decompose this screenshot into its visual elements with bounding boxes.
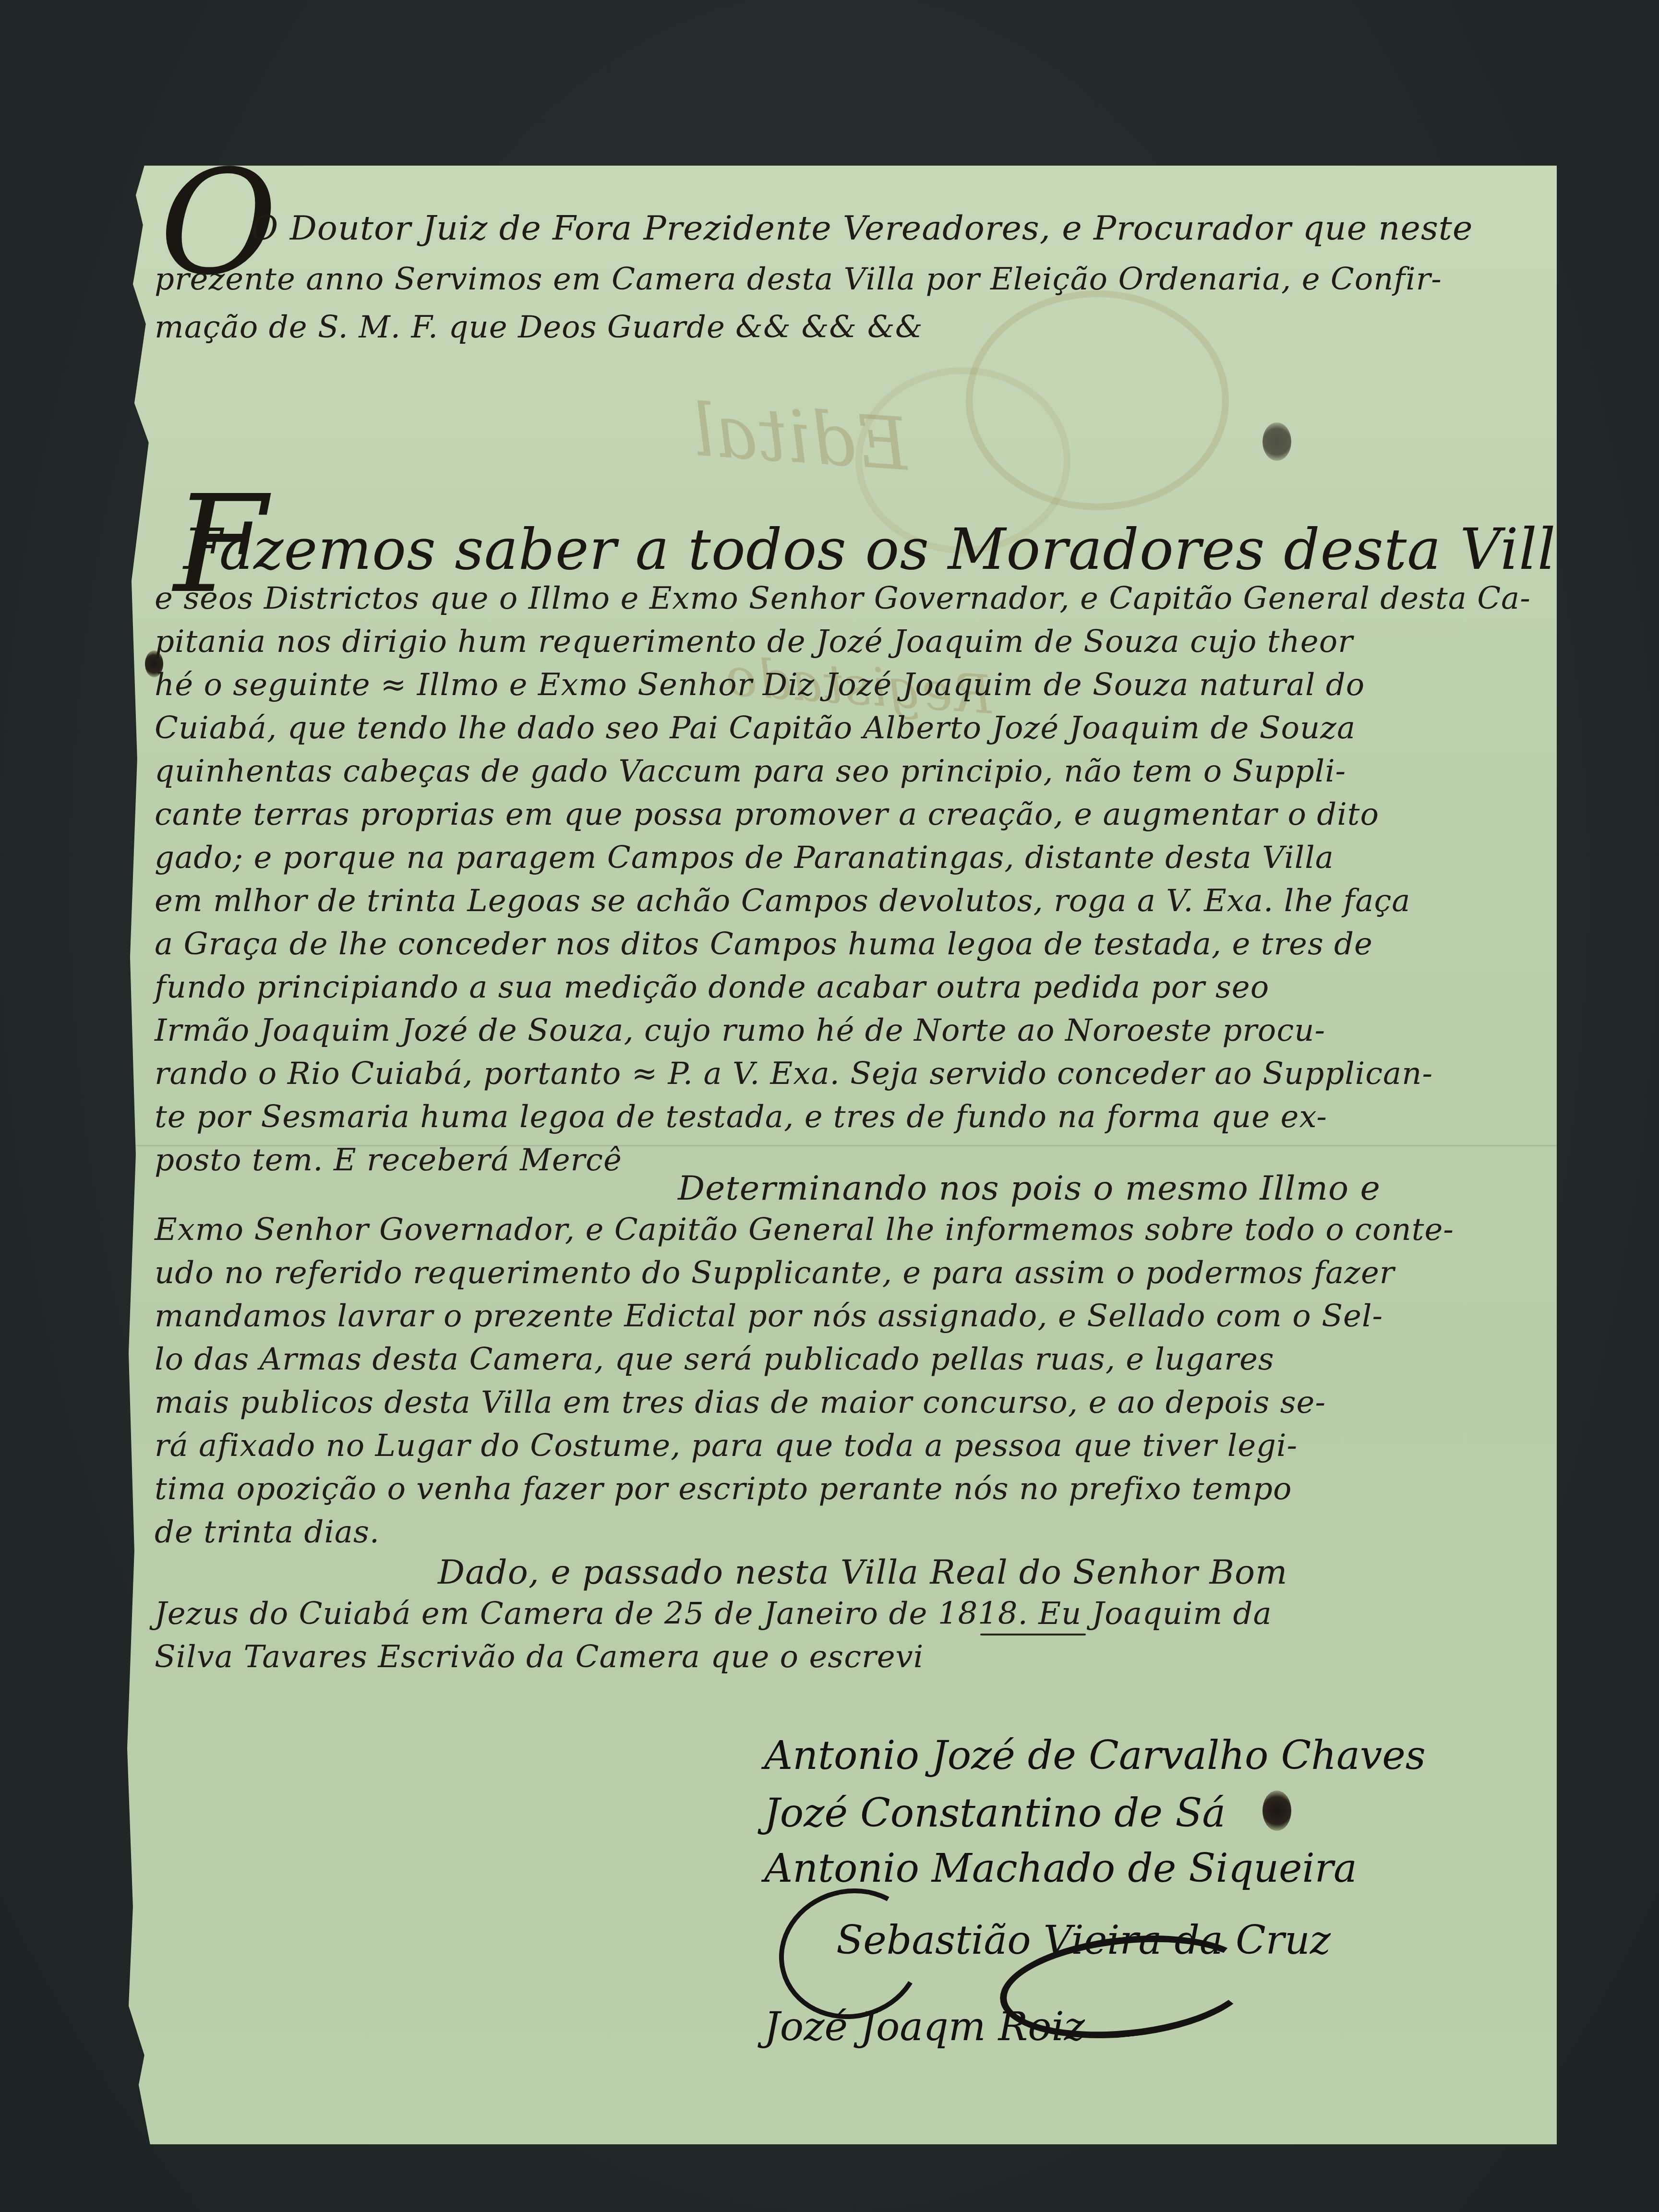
header-line-2: prezente anno Servimos em Camera desta V… xyxy=(155,264,1442,295)
body-line: gado; e porque na paragem Campos de Para… xyxy=(155,842,1334,873)
closing-line: Silva Tavares Escrivão da Camera que o e… xyxy=(155,1642,924,1672)
date-underline xyxy=(980,1634,1086,1635)
body-line: pitania nos dirigio hum requerimento de … xyxy=(155,626,1353,657)
heading-fazemos-saber: Fazemos saber a todos os Moradores desta… xyxy=(183,521,1590,577)
paragraph2-line: Exmo Senhor Governador, e Capitão Genera… xyxy=(155,1214,1454,1245)
paragraph2-line: lo das Armas desta Camera, que será publ… xyxy=(155,1344,1274,1375)
header-line-3: mação de S. M. F. que Deos Guarde && && … xyxy=(155,312,923,343)
paragraph2-line: Determinando nos pois o mesmo Illmo e xyxy=(678,1171,1381,1205)
paragraph2-line: udo no referido requerimento do Supplica… xyxy=(155,1258,1395,1288)
closing-line: Dado, e passado nesta Villa Real do Senh… xyxy=(438,1555,1287,1589)
manuscript-page: Edital Registado O O Doutor Juiz de Fora… xyxy=(126,166,1557,2144)
paragraph2-line: mais publicos desta Villa em tres dias d… xyxy=(155,1387,1326,1418)
body-line: Irmão Joaquim Jozé de Souza, cujo rumo h… xyxy=(155,1015,1325,1046)
signature: Jozé Constantino de Sá xyxy=(764,1791,1226,1836)
body-line: hé o seguinte ≈ Illmo e Exmo Senhor Diz … xyxy=(155,670,1365,700)
body-line: rando o Rio Cuiabá, portanto ≈ P. a V. E… xyxy=(155,1058,1433,1089)
signature: Antonio Jozé de Carvalho Chaves xyxy=(764,1733,1426,1779)
signature: Sebastião Vieira da Cruz xyxy=(836,1918,1331,1963)
body-line: em mlhor de trinta Legoas se achão Campo… xyxy=(155,886,1410,916)
signature: Antonio Machado de Siqueira xyxy=(764,1846,1357,1891)
body-line: fundo principiando a sua medição donde a… xyxy=(155,972,1269,1003)
body-line: e seos Districtos que o Illmo e Exmo Sen… xyxy=(155,583,1531,614)
paragraph2-line: rá afixado no Lugar do Costume, para que… xyxy=(155,1431,1298,1461)
body-line: posto tem. E receberá Mercê xyxy=(155,1145,622,1176)
paragraph2-line: de trinta dias. xyxy=(155,1517,380,1548)
closing-line: Jezus do Cuiabá em Camera de 25 de Janei… xyxy=(155,1599,1272,1629)
body-line: Cuiabá, que tendo lhe dado seo Pai Capit… xyxy=(155,713,1356,744)
body-line: quinhentas cabeças de gado Vaccum para s… xyxy=(155,756,1346,787)
paragraph2-line: tima opozição o venha fazer por escripto… xyxy=(155,1474,1292,1504)
ink-blot xyxy=(1262,422,1291,461)
paragraph2-line: mandamos lavrar o prezente Edictal por n… xyxy=(155,1301,1383,1332)
signature: Jozé Joaqm Roiz xyxy=(764,2004,1085,2050)
body-line: a Graça de lhe conceder nos ditos Campos… xyxy=(155,929,1373,960)
ink-blot xyxy=(1262,1791,1291,1831)
header-line-1: O Doutor Juiz de Fora Prezidente Vereado… xyxy=(251,211,1473,245)
body-line: te por Sesmaria huma legoa de testada, e… xyxy=(155,1102,1327,1132)
bleed-through-text: Edital xyxy=(689,388,911,487)
body-line: cante terras proprias em que possa promo… xyxy=(155,799,1379,830)
